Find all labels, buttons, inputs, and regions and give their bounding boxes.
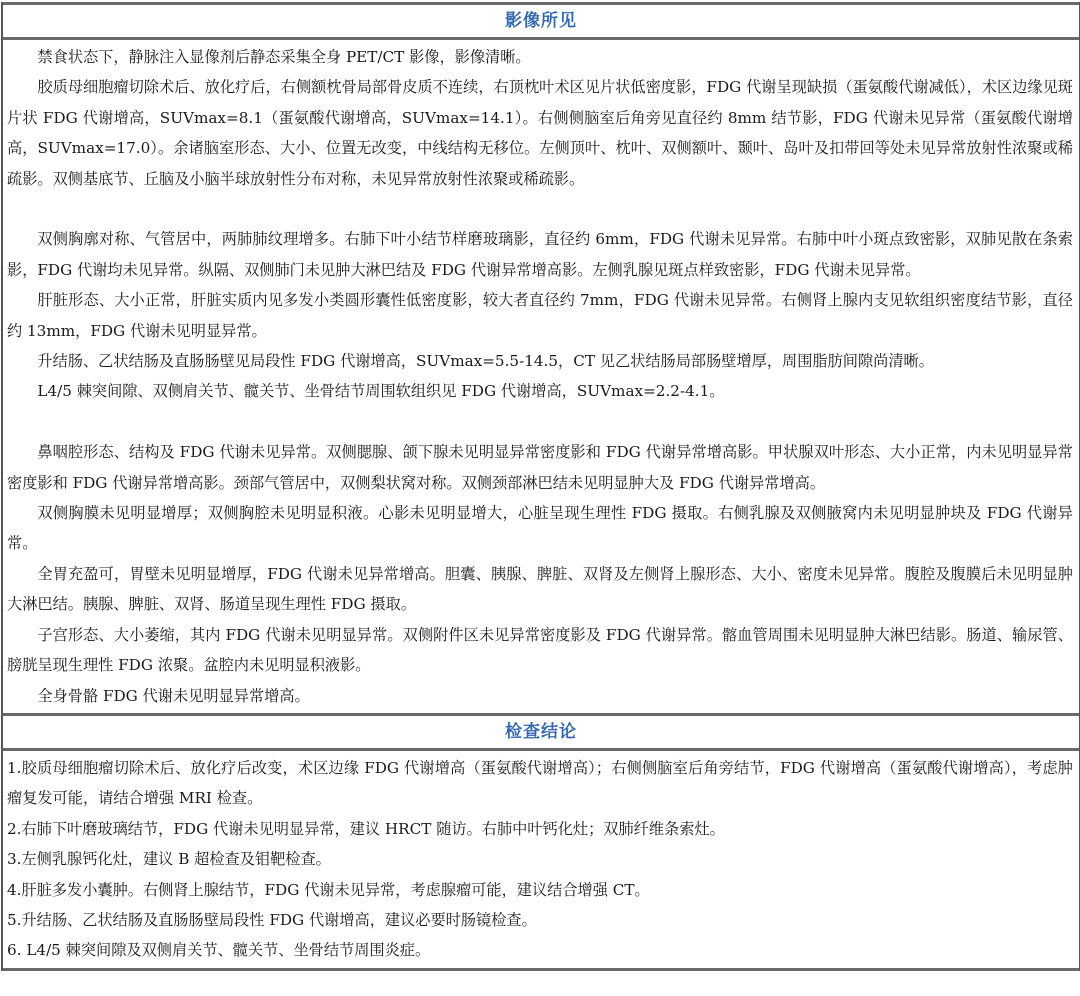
findings-paragraph: 双侧胸膜未见明显增厚；双侧胸腔未见明显积液。心影未见明显增大，心脏呈现生理性 F…: [7, 498, 1073, 559]
conclusion-item: 3.左侧乳腺钙化灶，建议 B 超检查及钼靶检查。: [7, 844, 1073, 874]
conclusion-item: 5.升结肠、乙状结肠及直肠肠壁局段性 FDG 代谢增高，建议必要时肠镜检查。: [7, 905, 1073, 935]
findings-title: 影像所见: [505, 11, 577, 31]
findings-paragraph: L4/5 棘突间隙、双侧肩关节、髋关节、坐骨结节周围软组织见 FDG 代谢增高，…: [7, 376, 1073, 406]
findings-paragraph: 升结肠、乙状结肠及直肠肠壁见局段性 FDG 代谢增高，SUVmax=5.5-14…: [7, 346, 1073, 376]
findings-paragraph: 肝脏形态、大小正常，肝脏实质内见多发小类圆形囊性低密度影，较大者直径约 7mm，…: [7, 285, 1073, 346]
blank-line: [7, 194, 1073, 224]
conclusion-item: 6. L4/5 棘突间隙及双侧肩关节、髋关节、坐骨结节周围炎症。: [7, 935, 1073, 965]
conclusion-title: 检查结论: [505, 722, 577, 742]
findings-paragraph: 胶质母细胞瘤切除术后、放化疗后，右侧额枕骨局部骨皮质不连续，右顶枕叶术区见片状低…: [7, 72, 1073, 194]
conclusion-item: 4.肝脏多发小囊肿。右侧肾上腺结节，FDG 代谢未见异常，考虑腺瘤可能，建议结合…: [7, 875, 1073, 905]
conclusion-body: 1.胶质母细胞瘤切除术后、放化疗后改变，术区边缘 FDG 代谢增高（蛋氨酸代谢增…: [3, 751, 1079, 971]
findings-header: 影像所见: [3, 2, 1079, 40]
findings-paragraph: 双侧胸廓对称、气管居中，两肺肺纹理增多。右肺下叶小结节样磨玻璃影，直径约 6mm…: [7, 224, 1073, 285]
findings-body: 禁食状态下，静脉注入显像剂后静态采集全身 PET/CT 影像，影像清晰。 胶质母…: [3, 40, 1079, 713]
pet-ct-report: 影像所见 禁食状态下，静脉注入显像剂后静态采集全身 PET/CT 影像，影像清晰…: [1, 2, 1080, 971]
conclusion-item: 1.胶质母细胞瘤切除术后、放化疗后改变，术区边缘 FDG 代谢增高（蛋氨酸代谢增…: [7, 753, 1073, 814]
findings-paragraph: 鼻咽腔形态、结构及 FDG 代谢未见异常。双侧腮腺、颌下腺未见明显异常密度影和 …: [7, 437, 1073, 498]
conclusion-header: 检查结论: [3, 713, 1079, 751]
blank-line: [7, 407, 1073, 437]
findings-paragraph: 子宫形态、大小萎缩，其内 FDG 代谢未见明显异常。双侧附件区未见异常密度影及 …: [7, 620, 1073, 681]
conclusion-item: 2.右肺下叶磨玻璃结节，FDG 代谢未见明显异常，建议 HRCT 随访。右肺中叶…: [7, 814, 1073, 844]
findings-paragraph: 禁食状态下，静脉注入显像剂后静态采集全身 PET/CT 影像，影像清晰。: [7, 42, 1073, 72]
findings-paragraph: 全身骨骼 FDG 代谢未见明显异常增高。: [7, 681, 1073, 711]
findings-paragraph: 全胃充盈可，胃壁未见明显增厚，FDG 代谢未见异常增高。胆囊、胰腺、脾脏、双肾及…: [7, 559, 1073, 620]
